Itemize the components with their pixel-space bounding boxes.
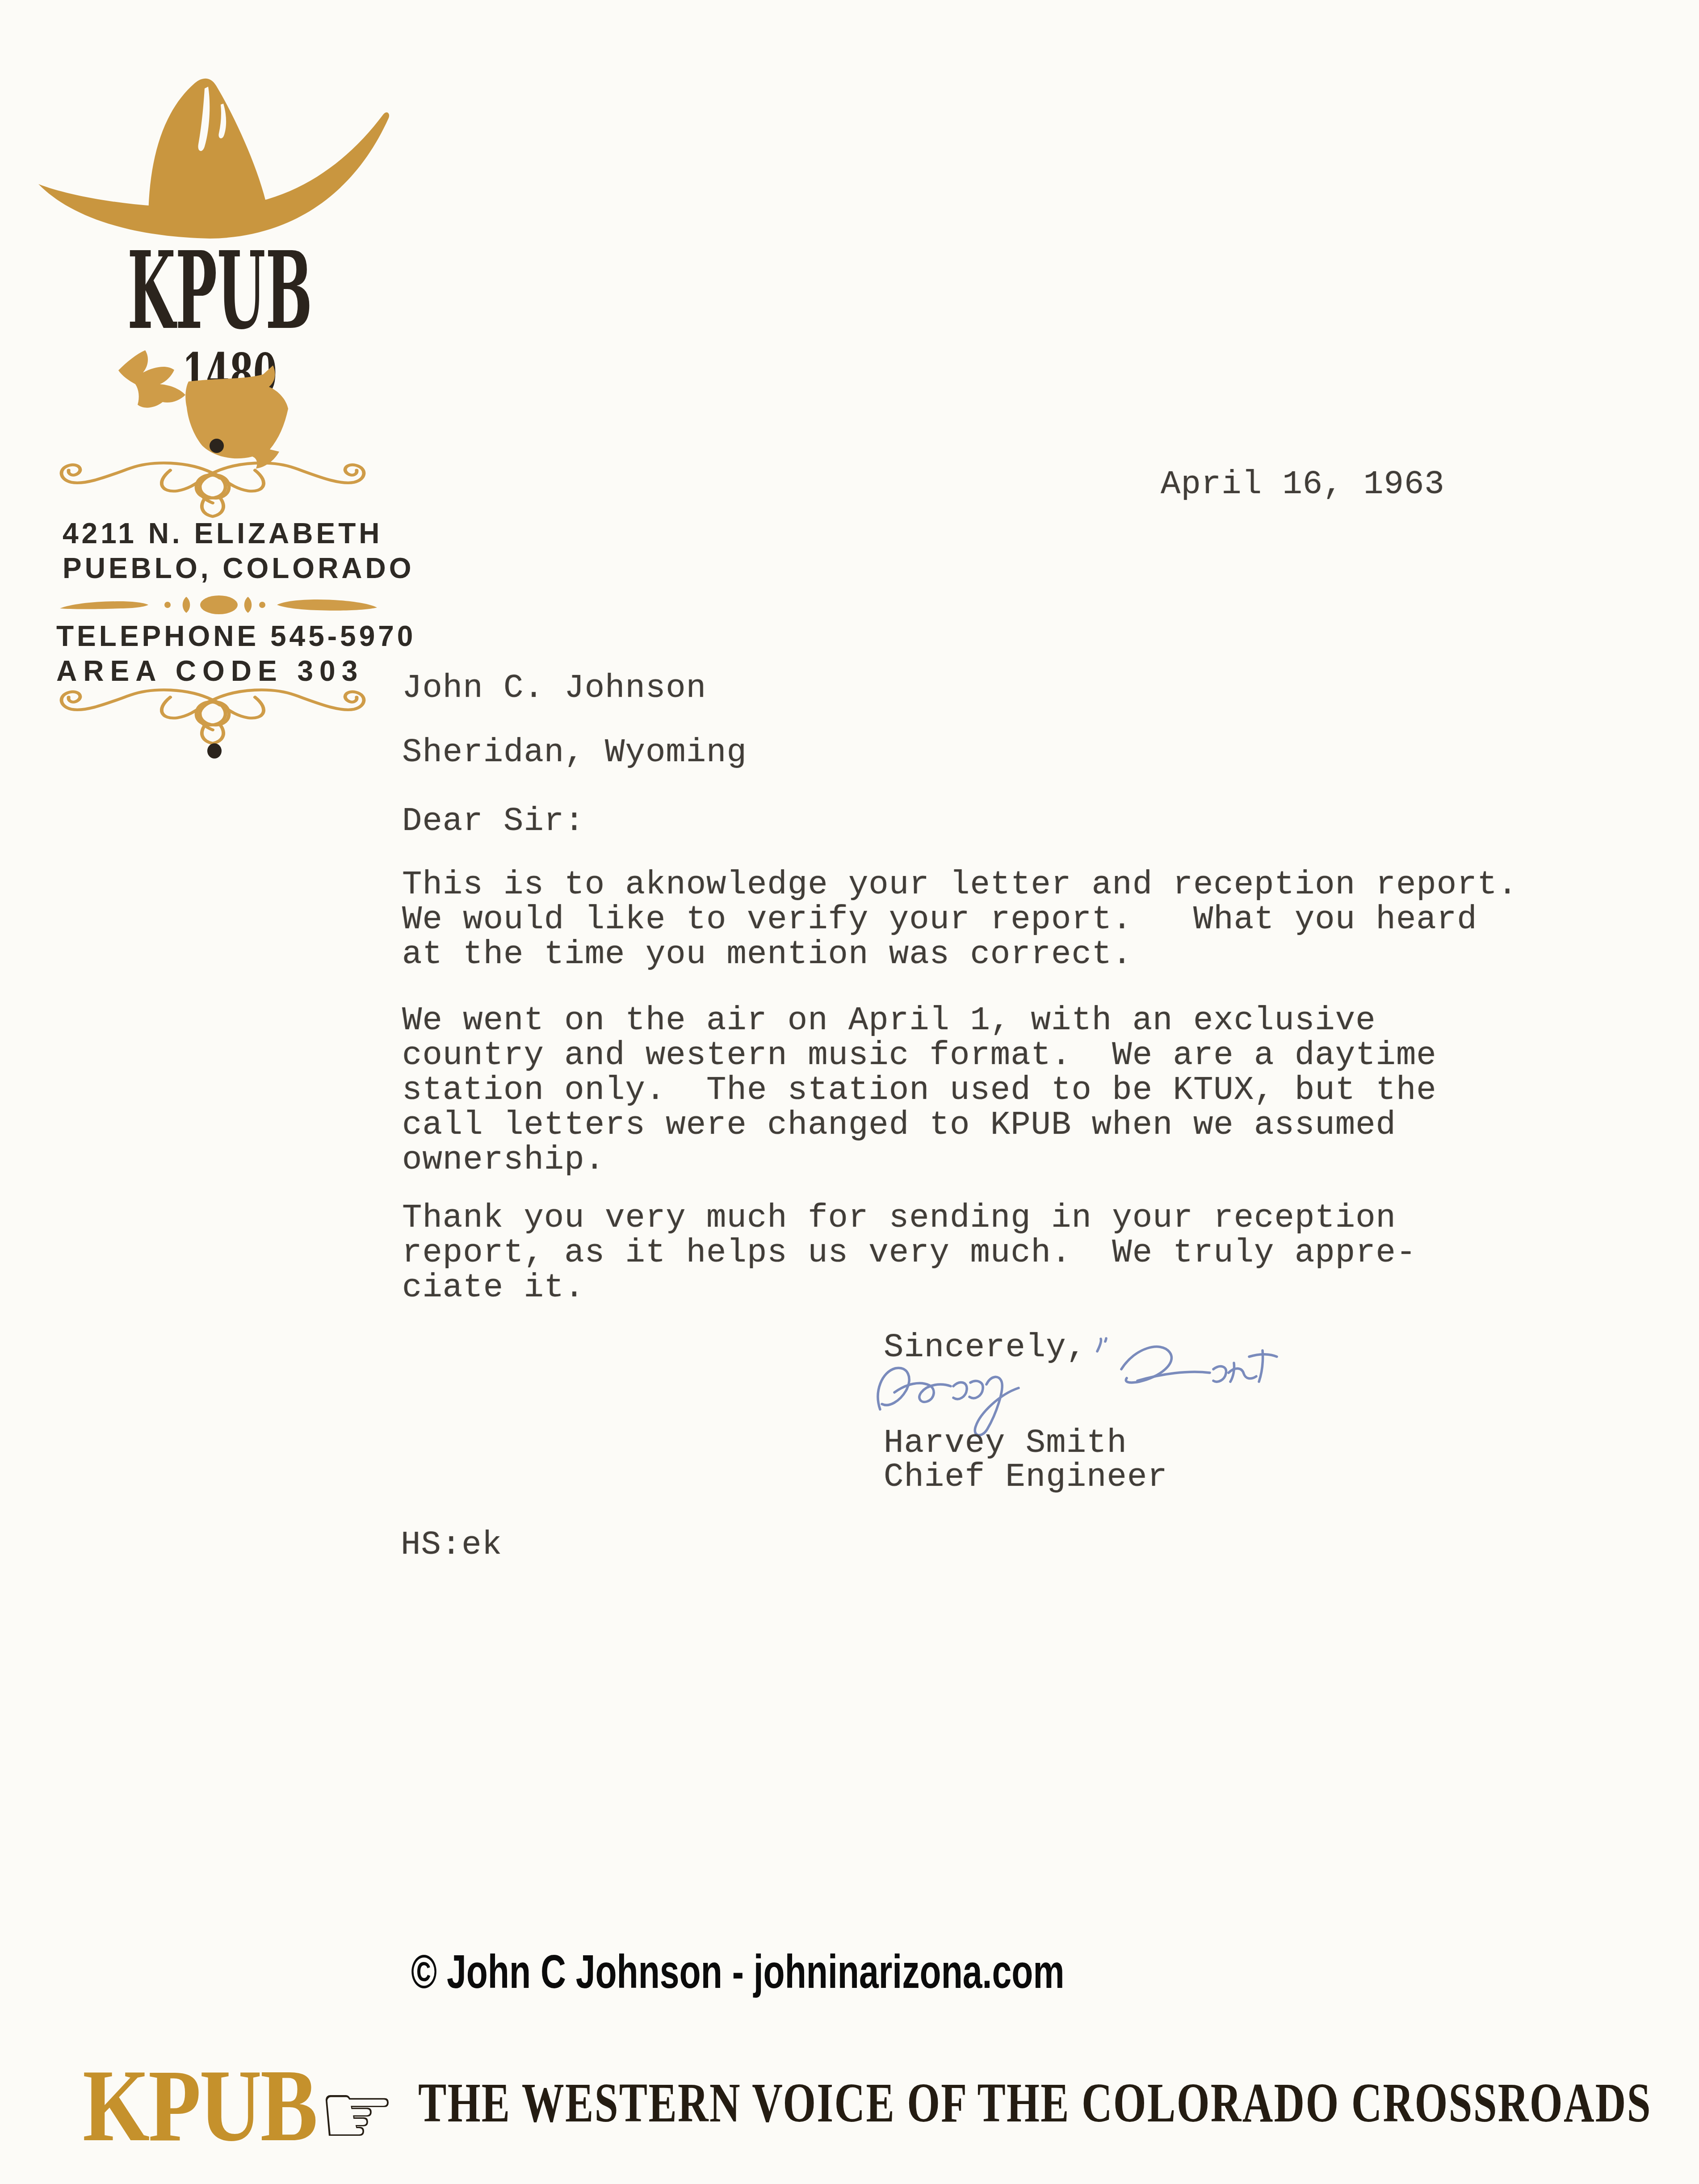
letterhead-area-code-line: AREA CODE 303: [56, 657, 364, 685]
pointing-hand-icon: ☞: [318, 2071, 396, 2158]
scanned-letter-page: KPUB 1480 4211 N. ELIZABETH PUEBLO, COL: [0, 0, 1699, 2184]
paragraph-2: We went on the air on April 1, with an e…: [402, 1003, 1437, 1178]
logo-call-letters: KPUB: [127, 229, 312, 353]
recipient-name: John C. Johnson: [402, 671, 706, 706]
paragraph-1: This is to aknowledge your letter and re…: [402, 868, 1518, 972]
paragraph-3: Thank you very much for sending in your …: [402, 1201, 1416, 1305]
flourish-ornament-bottom: [55, 684, 370, 747]
letterhead-address-line1: 4211 N. ELIZABETH: [63, 519, 383, 548]
salutation: Dear Sir:: [402, 804, 585, 839]
separator-dot: [207, 743, 222, 759]
letterhead-address-line2: PUEBLO, COLORADO: [63, 554, 415, 583]
letter-date: April 16, 1963: [1161, 467, 1445, 502]
signed-title: Chief Engineer: [884, 1460, 1168, 1495]
copyright-line: © John C Johnson - johninarizona.com: [411, 1949, 1064, 1995]
letterhead-phone-line: TELEPHONE 545-5970: [56, 622, 416, 650]
separator-dot: [210, 439, 224, 453]
footer-station-wordmark: KPUB: [83, 2054, 316, 2157]
footer-tagline: THE WESTERN VOICE OF THE COLORADO CROSSR…: [418, 2075, 1652, 2131]
reference-initials: HS:ek: [401, 1528, 502, 1563]
divider-rule: [58, 595, 378, 615]
kpub-hat-logo: KPUB 1480: [38, 71, 390, 465]
hat-crown: [148, 79, 271, 229]
recipient-city: Sheridan, Wyoming: [402, 735, 747, 770]
signed-name: Harvey Smith: [884, 1426, 1127, 1461]
flourish-ornament-top: [55, 457, 370, 520]
